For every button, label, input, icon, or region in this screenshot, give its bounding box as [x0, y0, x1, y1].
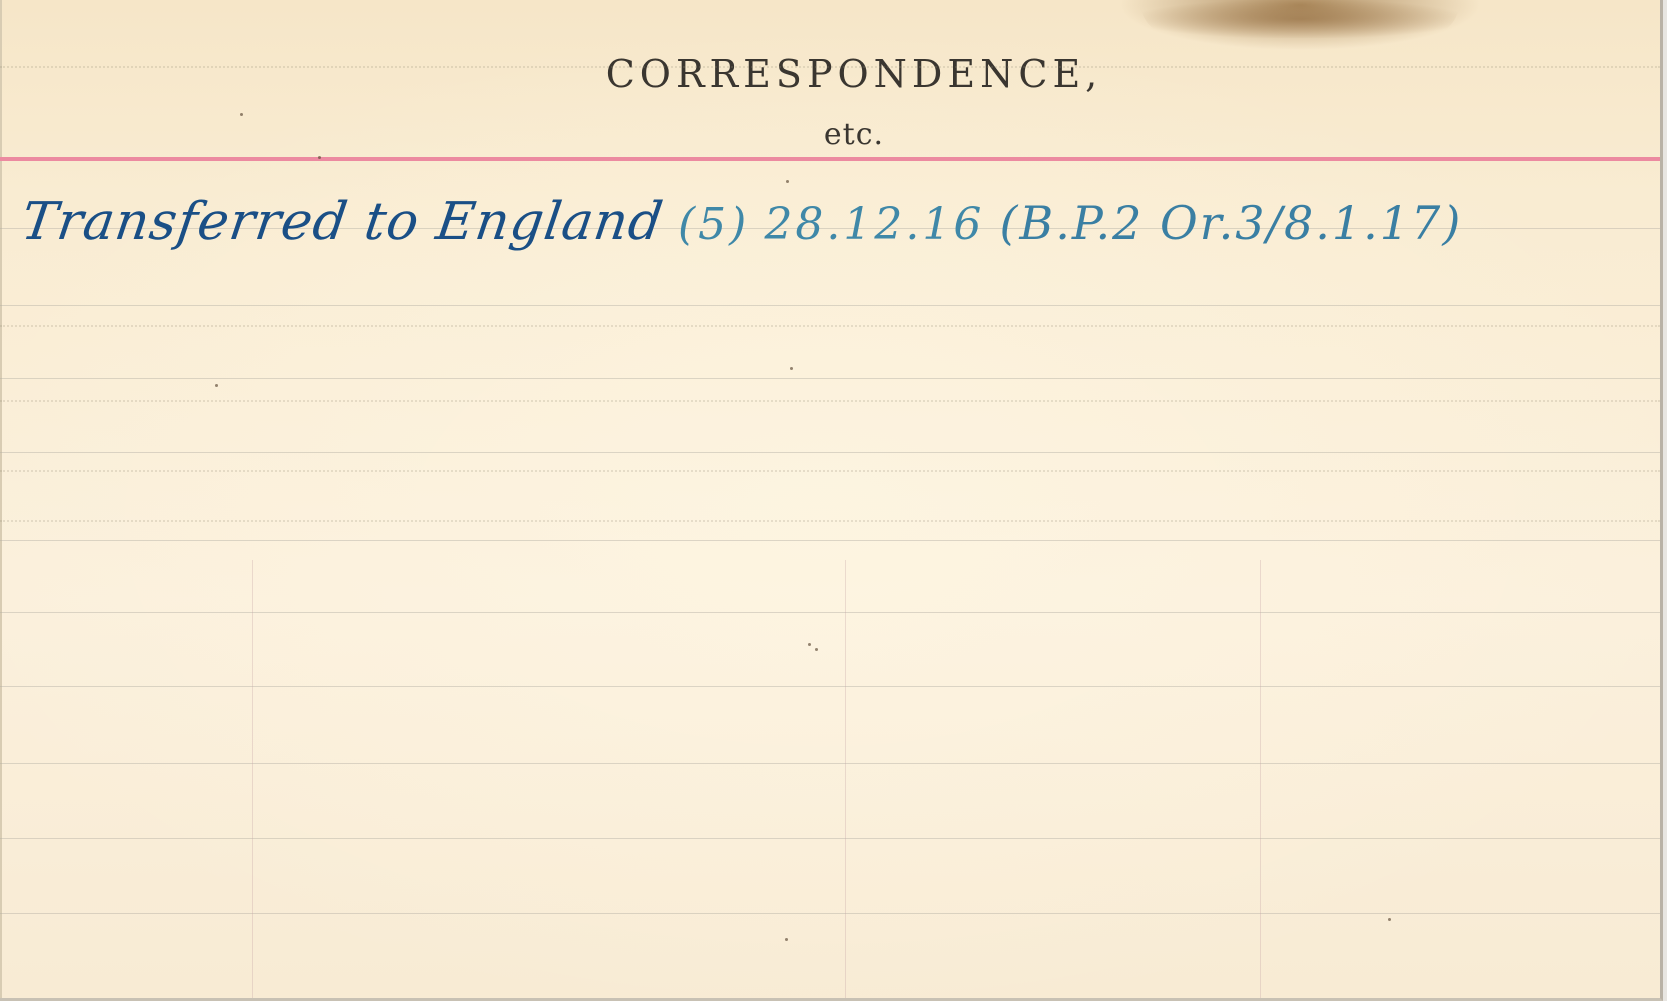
- bleed-through-line: [0, 520, 1660, 522]
- ruled-line: [0, 838, 1660, 839]
- ruled-line: [0, 540, 1660, 541]
- ruled-line: [0, 378, 1660, 379]
- bleed-through-line: [0, 325, 1660, 327]
- entry-text: Transferred to England: [18, 192, 667, 252]
- paper-stain: [1140, 0, 1460, 38]
- entry-reference: (B.P.2 Or.3/8.1.17): [999, 196, 1462, 250]
- paper-speck: [808, 643, 811, 646]
- ruled-line: [0, 763, 1660, 764]
- ruled-line: [0, 686, 1660, 687]
- paper-speck: [215, 384, 218, 387]
- bleed-through-line: [0, 470, 1660, 472]
- paper-speck: [318, 156, 321, 159]
- bleed-through-line: [0, 66, 1660, 68]
- paper-speck: [790, 367, 793, 370]
- column-line: [1260, 560, 1261, 998]
- card-subheading: etc.: [0, 117, 1667, 152]
- ruled-line: [0, 612, 1660, 613]
- ruled-line: [0, 305, 1660, 306]
- ruled-line: [0, 452, 1660, 453]
- paper-speck: [1388, 918, 1391, 921]
- paper-speck: [785, 938, 788, 941]
- ruled-line: [0, 913, 1660, 914]
- record-card: CORRESPONDENCE, etc. Transferred to Engl…: [0, 0, 1663, 1001]
- card-heading: CORRESPONDENCE,: [0, 52, 1667, 96]
- entry-date: 28.12.16: [764, 199, 984, 250]
- column-line: [845, 560, 846, 998]
- paper-speck: [815, 648, 818, 651]
- header-red-rule: [0, 157, 1660, 161]
- bleed-through-line: [0, 400, 1660, 402]
- paper-speck: [240, 113, 243, 116]
- column-line: [252, 560, 253, 998]
- handwritten-entry: Transferred to England (5) 28.12.16 (B.P…: [22, 192, 1462, 302]
- entry-unit: (5): [678, 199, 749, 250]
- paper-speck: [786, 180, 789, 183]
